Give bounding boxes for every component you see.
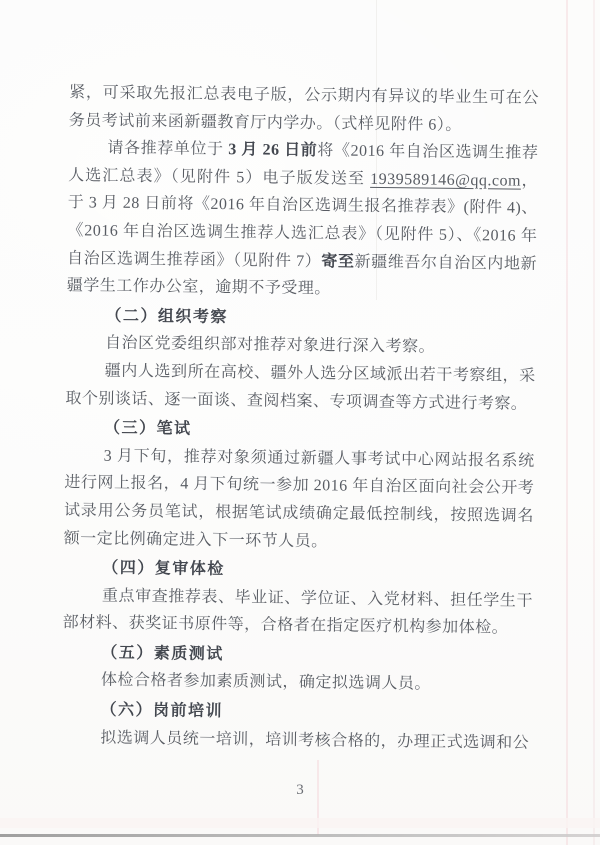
scan-tint-row xyxy=(0,818,600,828)
text-segment: 寄至 xyxy=(321,253,354,270)
text-segment: 3 月 26 日前 xyxy=(228,141,317,159)
scanned-document-page: 紧，可采取先报汇总表电子版，公示期内有异议的毕业生可在公务员考试前来函新疆教育厅… xyxy=(0,0,600,845)
paragraph: 3 月下旬，推荐对象须通过新疆人事考试中心网站报名系统进行网上报名，4 月下旬统… xyxy=(64,442,535,558)
paragraph: 体检合格者参加素质测试，确定拟选调人员。 xyxy=(62,667,532,700)
paragraph: 疆内人选到所在高校、疆外人选分区域派出若干考察组，采取个别谈话、逐一面谈、查阅档… xyxy=(65,357,536,418)
email-text: 1939589146@qq.com xyxy=(370,171,521,190)
paragraph: 重点审查推荐表、毕业证、学位证、入党材料、担任学生干部材料、获奖证书原件等，合格… xyxy=(62,582,533,643)
text-segment: （五）素质测试 xyxy=(101,644,224,662)
paragraph: 拟选调人员统一培训，培训考核合格的，办理正式选调和公 xyxy=(61,724,531,757)
scan-edge-line xyxy=(0,834,600,837)
scan-tint-line xyxy=(566,0,568,845)
text-segment: 拟选调人员统一培训，培训考核合格的，办理正式选调和公 xyxy=(100,729,529,751)
text-segment: 自治区党委组织部对推荐对象进行深入考察。 xyxy=(105,335,435,356)
text-segment: 体检合格者参加素质测试，确定拟选调人员。 xyxy=(101,672,431,693)
paragraph: 紧，可采取先报汇总表电子版，公示期内有异议的毕业生可在公务员考试前来函新疆教育厅… xyxy=(69,79,540,140)
text-segment: 疆内人选到所在高校、疆外人选分区域派出若干考察组，采取个别谈话、逐一面谈、查阅档… xyxy=(65,363,536,413)
text-segment: 紧，可采取先报汇总表电子版，公示期内有异议的毕业生可在公务员考试前来函新疆教育厅… xyxy=(69,84,540,133)
paragraph: 请各推荐单位于 3 月 26 日前将《2016 年自治区选调生推荐人选汇总表》（… xyxy=(67,134,539,305)
text-segment: 重点审查推荐表、毕业证、学位证、入党材料、担任学生干部材料、获奖证书原件等，合格… xyxy=(63,587,534,637)
page-number: 3 xyxy=(0,782,600,799)
text-segment: （六）岗前培训 xyxy=(100,702,223,720)
text-segment: （二）组织考察 xyxy=(105,307,228,325)
text-segment: （四）复审体检 xyxy=(102,560,225,578)
text-segment: 请各推荐单位于 xyxy=(107,140,228,158)
text-segment: （三）笔试 xyxy=(104,420,192,438)
scan-tint-line xyxy=(593,0,595,845)
document-text-block: 紧，可采取先报汇总表电子版，公示期内有异议的毕业生可在公务员考试前来函新疆教育厅… xyxy=(61,79,539,757)
text-segment: 3 月下旬，推荐对象须通过新疆人事考试中心网站报名系统进行网上报名，4 月下旬统… xyxy=(64,447,535,550)
